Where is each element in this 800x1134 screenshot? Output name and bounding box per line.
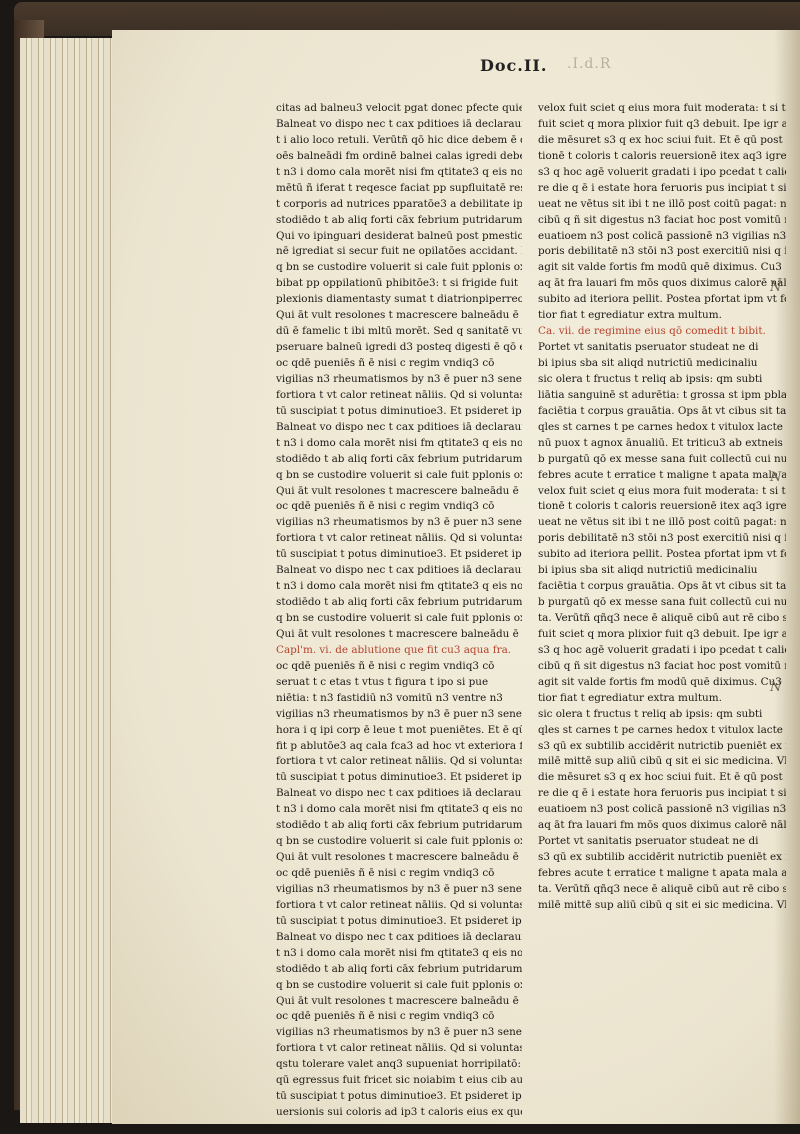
text-line: s3 q hoc agē voluerit gradati i ipo pced… [538, 165, 786, 181]
text-line: euatioem n3 post colicā passionē n3 vigi… [538, 229, 786, 245]
text-line: qles st carnes t pe carnes hedox t vitul… [538, 420, 786, 436]
text-line: tū suscipiat t potus diminutioe3. Et psi… [276, 1089, 522, 1105]
text-line: vigilias n3 rheumatismos by n3 ē puer n3… [276, 1025, 522, 1041]
left-text-column: citas ad balneu3 velocit pgat donec pfec… [276, 101, 522, 1121]
text-line: stodiēdo t ab aliq forti cāx febrium put… [276, 962, 522, 978]
text-line: Qui āt vult resolones t macrescere balne… [276, 484, 522, 500]
text-line: Qui āt vult resolones t macrescere balne… [276, 308, 522, 324]
text-line: bibat pp oppilationū phibitōe3: t si fri… [276, 276, 522, 292]
text-line: fuit sciet q mora plixior fuit q3 debuit… [538, 117, 786, 133]
text-line: velox fuit sciet q eius mora fuit modera… [538, 101, 786, 117]
text-line: Portet vt sanitatis pseruator studeat ne… [538, 340, 786, 356]
text-line: fuit sciet q mora plixior fuit q3 debuit… [538, 627, 786, 643]
text-line: t i alio loco retuli. Verūtñ qō hic dice… [276, 133, 522, 149]
text-line: oc qdē pueniēs ñ ē nisi c regim vndiq3 c… [276, 499, 522, 515]
text-line: tū suscipiat t potus diminutioe3. Et psi… [276, 547, 522, 563]
text-line: poris debilitatē n3 stōi n3 post exercit… [538, 531, 786, 547]
text-line: poris debilitatē n3 stōi n3 post exercit… [538, 244, 786, 260]
text-line: vigilias n3 rheumatismos by n3 ē puer n3… [276, 515, 522, 531]
marginal-note: N [770, 680, 781, 695]
chapter-heading: Ca. vii. de regimine eius qō comedit t b… [538, 324, 786, 340]
text-line: q bn se custodire voluerit si cale fuit … [276, 611, 522, 627]
text-line: die mēsuret s3 q ex hoc sciui fuit. Et ē… [538, 770, 786, 786]
text-line: sic olera t fructus t reliq ab ipsis: qm… [538, 372, 786, 388]
text-line: stodiēdo t ab aliq forti cāx febrium put… [276, 452, 522, 468]
text-line: Qui āt vult resolones t macrescere balne… [276, 627, 522, 643]
text-line: q bn se custodire voluerit si cale fuit … [276, 978, 522, 994]
text-line: faciētia t corpus grauātia. Ops āt vt ci… [538, 579, 786, 595]
text-line: mētū ñ iferat t reqesce faciat pp supflu… [276, 181, 522, 197]
text-line: liātia sanguinē st adurētia: t grossa st… [538, 388, 786, 404]
text-line: fortiora t vt calor retineat nāliis. Qd … [276, 754, 522, 770]
text-line: Qui vo ipinguari desiderat balneū post p… [276, 229, 522, 245]
text-line: subito ad iteriora pellit. Postea pforta… [538, 292, 786, 308]
text-line: q bn se custodire voluerit si cale fuit … [276, 834, 522, 850]
text-line: qū egressus fuit fricet sic noiabim t ei… [276, 1073, 522, 1089]
text-line: s3 qū ex subtilib accidērit nutrictib pu… [538, 850, 786, 866]
text-line: t n3 i domo cala morēt nisi fm qtitate3 … [276, 165, 522, 181]
text-line: tionē t coloris t caloris reuersionē ite… [538, 499, 786, 515]
text-line: milē mittē sup aliū cibū q sit ei sic me… [538, 898, 786, 914]
text-line: qles st carnes t pe carnes hedox t vitul… [538, 723, 786, 739]
text-line: milē mittē sup aliū cibū q sit ei sic me… [538, 754, 786, 770]
text-line: euatioem n3 post colicā passionē n3 vigi… [538, 802, 786, 818]
text-line: agit sit valde fortis fm modū quē diximu… [538, 260, 786, 276]
text-line: aq āt fra lauari fm mōs quos diximus cal… [538, 276, 786, 292]
text-line: re die q ē i estate hora feruoris pus in… [538, 786, 786, 802]
text-line: q bn se custodire voluerit si cale fuit … [276, 468, 522, 484]
text-line: nū puox t agnox ānualiū. Et triticu3 ab … [538, 436, 786, 452]
text-line: t n3 i domo cala morēt nisi fm qtitate3 … [276, 946, 522, 962]
text-line: oc qdē pueniēs ñ ē nisi c regim vndiq3 c… [276, 659, 522, 675]
text-line: Balneat vo dispo nec t cax pditioes iā d… [276, 786, 522, 802]
text-line: nē igrediat si secur fuit ne opilatōes a… [276, 244, 522, 260]
text-line: t corporis ad nutrices pparatōe3 a debil… [276, 197, 522, 213]
text-line: q bn se custodire voluerit si cale fuit … [276, 260, 522, 276]
text-line: bi ipius sba sit aliqd nutrictiū medicin… [538, 356, 786, 372]
text-line: febres acute t erratice t maligne t apat… [538, 468, 786, 484]
text-line: b purgatū qō ex messe sana fuit collectū… [538, 595, 786, 611]
text-line: tionē t coloris t caloris reuersionē ite… [538, 149, 786, 165]
text-line: vigilias n3 rheumatismos by n3 ē puer n3… [276, 372, 522, 388]
text-line: bi ipius sba sit aliqd nutrictiū medicin… [538, 563, 786, 579]
text-line: cibū q ñ sit digestus n3 faciat hoc post… [538, 659, 786, 675]
text-line: Balneat vo dispo nec t cax pditioes iā d… [276, 117, 522, 133]
text-line: vigilias n3 rheumatismos by n3 ē puer n3… [276, 882, 522, 898]
text-line: s3 qū ex subtilib accidērit nutrictib pu… [538, 739, 786, 755]
running-head: Doc.II. [480, 56, 547, 75]
text-line: oēs balneādi fm ordinē balnei calas igre… [276, 149, 522, 165]
text-line: sic olera t fructus t reliq ab ipsis: qm… [538, 707, 786, 723]
text-line: oc qdē pueniēs ñ ē nisi c regim vndiq3 c… [276, 1009, 522, 1025]
text-line: fortiora t vt calor retineat nāliis. Qd … [276, 531, 522, 547]
text-line: stodiēdo t ab aliq forti cāx febrium put… [276, 595, 522, 611]
text-line: qstu tolerare valet anq3 supueniat horri… [276, 1057, 522, 1073]
chapter-heading: Capl'm. vi. de ablutione que fit cu3 aqu… [276, 643, 522, 659]
text-line: fortiora t vt calor retineat nāliis. Qd … [276, 1041, 522, 1057]
text-line: t n3 i domo cala morēt nisi fm qtitate3 … [276, 436, 522, 452]
text-line: fit p ablutōe3 aq cala fca3 ad hoc vt ex… [276, 739, 522, 755]
text-line: niētia: t n3 fastidiū n3 vomitū n3 ventr… [276, 691, 522, 707]
running-head-showthrough: .I.d.R [567, 56, 611, 72]
text-line: s3 q hoc agē voluerit gradati i ipo pced… [538, 643, 786, 659]
marginal-note: N [770, 470, 781, 485]
book-page: Doc.II. .I.d.R citas ad balneu3 velocit … [112, 30, 800, 1124]
text-line: ta. Verūtñ qñq3 nece ē aliquē cibū aut r… [538, 882, 786, 898]
text-line: uersionis sui coloris ad ip3 t caloris e… [276, 1105, 522, 1121]
text-line: t n3 i domo cala morēt nisi fm qtitate3 … [276, 579, 522, 595]
text-line: stodiēdo t ab aliq forti cāx febrium put… [276, 213, 522, 229]
text-line: vigilias n3 rheumatismos by n3 ē puer n3… [276, 707, 522, 723]
text-line: aq āt fra lauari fm mōs quos diximus cal… [538, 818, 786, 834]
text-line: pseruare balneū igredi d3 posteq digesti… [276, 340, 522, 356]
text-line: subito ad iteriora pellit. Postea pforta… [538, 547, 786, 563]
text-line: plexionis diamentasty sumat t diatrionpi… [276, 292, 522, 308]
text-line: Balneat vo dispo nec t cax pditioes iā d… [276, 420, 522, 436]
text-line: t n3 i domo cala morēt nisi fm qtitate3 … [276, 802, 522, 818]
text-line: tior fiat t egrediatur extra multum. [538, 308, 786, 324]
text-line: ueat ne vētus sit ibi t ne illō post coi… [538, 197, 786, 213]
text-line: tū suscipiat t potus diminutioe3. Et psi… [276, 770, 522, 786]
text-line: tior fiat t egrediatur extra multum. [538, 691, 786, 707]
page-edges [20, 38, 118, 1123]
text-line: Balneat vo dispo nec t cax pditioes iā d… [276, 930, 522, 946]
text-line: oc qdē pueniēs ñ ē nisi c regim vndiq3 c… [276, 866, 522, 882]
text-line: ueat ne vētus sit ibi t ne illō post coi… [538, 515, 786, 531]
text-line: Portet vt sanitatis pseruator studeat ne… [538, 834, 786, 850]
marginal-note: N [770, 280, 781, 295]
text-line: agit sit valde fortis fm modū quē diximu… [538, 675, 786, 691]
text-line: dū ē famelic t ibi mltū morēt. Sed q san… [276, 324, 522, 340]
text-line: fortiora t vt calor retineat nāliis. Qd … [276, 388, 522, 404]
text-line: tū suscipiat t potus diminutioe3. Et psi… [276, 914, 522, 930]
text-line: Balneat vo dispo nec t cax pditioes iā d… [276, 563, 522, 579]
right-text-column: velox fuit sciet q eius mora fuit modera… [538, 101, 786, 914]
text-line: fortiora t vt calor retineat nāliis. Qd … [276, 898, 522, 914]
text-line: faciētia t corpus grauātia. Ops āt vt ci… [538, 404, 786, 420]
text-line: ta. Verūtñ qñq3 nece ē aliquē cibū aut r… [538, 611, 786, 627]
text-line: die mēsuret s3 q ex hoc sciui fuit. Et ē… [538, 133, 786, 149]
text-line: oc qdē pueniēs ñ ē nisi c regim vndiq3 c… [276, 356, 522, 372]
text-line: cibū q ñ sit digestus n3 faciat hoc post… [538, 213, 786, 229]
text-line: Qui āt vult resolones t macrescere balne… [276, 994, 522, 1010]
text-line: Qui āt vult resolones t macrescere balne… [276, 850, 522, 866]
text-line: hora i q ipi corp ē leue t mot pueniētes… [276, 723, 522, 739]
text-line: b purgatū qō ex messe sana fuit collectū… [538, 452, 786, 468]
text-line: citas ad balneu3 velocit pgat donec pfec… [276, 101, 522, 117]
text-line: velox fuit sciet q eius mora fuit modera… [538, 484, 786, 500]
text-line: febres acute t erratice t maligne t apat… [538, 866, 786, 882]
text-line: re die q ē i estate hora feruoris pus in… [538, 181, 786, 197]
text-line: seruat t c etas t vtus t figura t ipo si… [276, 675, 522, 691]
text-line: stodiēdo t ab aliq forti cāx febrium put… [276, 818, 522, 834]
text-line: tū suscipiat t potus diminutioe3. Et psi… [276, 404, 522, 420]
